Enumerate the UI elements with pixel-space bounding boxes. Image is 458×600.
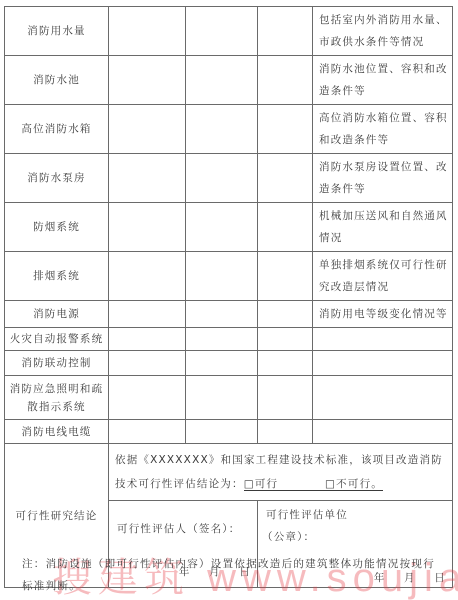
item-name: 消防水池 [5, 56, 109, 105]
cell-input[interactable] [258, 252, 313, 301]
item-name: 防烟系统 [5, 203, 109, 252]
cell-input[interactable] [109, 203, 186, 252]
unit-seal-label: （公章）： [262, 529, 315, 544]
item-name: 消防用水量 [5, 7, 109, 56]
table-row: 消防应急照明和疏散指示系统 [5, 376, 453, 420]
item-note: 消防用电等级变化情况等 [313, 301, 453, 328]
cell-input[interactable] [186, 7, 258, 56]
item-note: 机械加压送风和自然通风情况 [313, 203, 453, 252]
item-name: 消防电线电缆 [5, 420, 109, 444]
cell-input[interactable] [258, 376, 313, 420]
item-note [313, 351, 453, 376]
item-note: 消防水泵房设置位置、改造条件等 [313, 154, 453, 203]
infeasible-checkbox[interactable]: □不可行。 [325, 478, 383, 490]
table-row: 排烟系统单独排烟系统仅可行性研究改造层情况 [5, 252, 453, 301]
cell-input[interactable] [186, 301, 258, 328]
table-row: 火灾自动报警系统 [5, 328, 453, 351]
feasibility-table: 消防用水量包括室内外消防用水量、市政供水条件等情况消防水池消防水池位置、容积和改… [4, 6, 453, 588]
item-note: 单独排烟系统仅可行性研究改造层情况 [313, 252, 453, 301]
cell-input[interactable] [109, 420, 186, 444]
item-name: 消防联动控制 [5, 351, 109, 376]
cell-input[interactable] [109, 376, 186, 420]
table-row: 消防用水量包括室内外消防用水量、市政供水条件等情况 [5, 7, 453, 56]
conclusion-top-row: 可行性研究结论 依据《XXXXXXX》和国家工程建设技术标准，该项目改造消防技术… [5, 444, 453, 501]
cell-input[interactable] [186, 56, 258, 105]
cell-input[interactable] [258, 105, 313, 154]
cell-input[interactable] [258, 328, 313, 351]
cell-input[interactable] [258, 420, 313, 444]
footnote: 注：消防设施（即可行性评估内容）设置依据改造后的建筑整体功能情况按现行标准判断。 [22, 553, 442, 597]
cell-input[interactable] [258, 301, 313, 328]
unit-label: 可行性评估单位 [266, 507, 348, 522]
cell-input[interactable] [258, 7, 313, 56]
item-note: 高位消防水箱位置、容积和改造条件等 [313, 105, 453, 154]
assessor-label: 可行性评估人（签名）： [117, 521, 240, 536]
item-name: 消防电源 [5, 301, 109, 328]
table-row: 消防水池消防水池位置、容积和改造条件等 [5, 56, 453, 105]
item-name: 消防水泵房 [5, 154, 109, 203]
item-note: 消防水池位置、容积和改造条件等 [313, 56, 453, 105]
cell-input[interactable] [186, 105, 258, 154]
cell-input[interactable] [186, 203, 258, 252]
item-name: 高位消防水箱 [5, 105, 109, 154]
item-note [313, 420, 453, 444]
cell-input[interactable] [109, 328, 186, 351]
cell-input[interactable] [186, 420, 258, 444]
cell-input[interactable] [258, 203, 313, 252]
item-name: 火灾自动报警系统 [5, 328, 109, 351]
conclusion-statement: 依据《XXXXXXX》和国家工程建设技术标准，该项目改造消防技术可行性评估结论为… [109, 444, 453, 501]
feasible-checkbox[interactable]: □可行 □不可行。 [244, 478, 383, 491]
cell-input[interactable] [258, 154, 313, 203]
cell-input[interactable] [109, 105, 186, 154]
table-row: 消防水泵房消防水泵房设置位置、改造条件等 [5, 154, 453, 203]
table-row: 高位消防水箱高位消防水箱位置、容积和改造条件等 [5, 105, 453, 154]
cell-input[interactable] [186, 376, 258, 420]
cell-input[interactable] [109, 252, 186, 301]
cell-input[interactable] [186, 252, 258, 301]
cell-input[interactable] [109, 7, 186, 56]
cell-input[interactable] [258, 56, 313, 105]
table-row: 消防联动控制 [5, 351, 453, 376]
table-row: 消防电线电缆 [5, 420, 453, 444]
cell-input[interactable] [186, 351, 258, 376]
table-row: 消防电源消防用电等级变化情况等 [5, 301, 453, 328]
item-name: 排烟系统 [5, 252, 109, 301]
item-name: 消防应急照明和疏散指示系统 [5, 376, 109, 420]
cell-input[interactable] [109, 56, 186, 105]
item-note [313, 328, 453, 351]
item-note [313, 376, 453, 420]
cell-input[interactable] [109, 301, 186, 328]
cell-input[interactable] [258, 351, 313, 376]
cell-input[interactable] [109, 154, 186, 203]
cell-input[interactable] [109, 351, 186, 376]
item-note: 包括室内外消防用水量、市政供水条件等情况 [313, 7, 453, 56]
cell-input[interactable] [186, 328, 258, 351]
cell-input[interactable] [186, 154, 258, 203]
table-row: 防烟系统机械加压送风和自然通风情况 [5, 203, 453, 252]
